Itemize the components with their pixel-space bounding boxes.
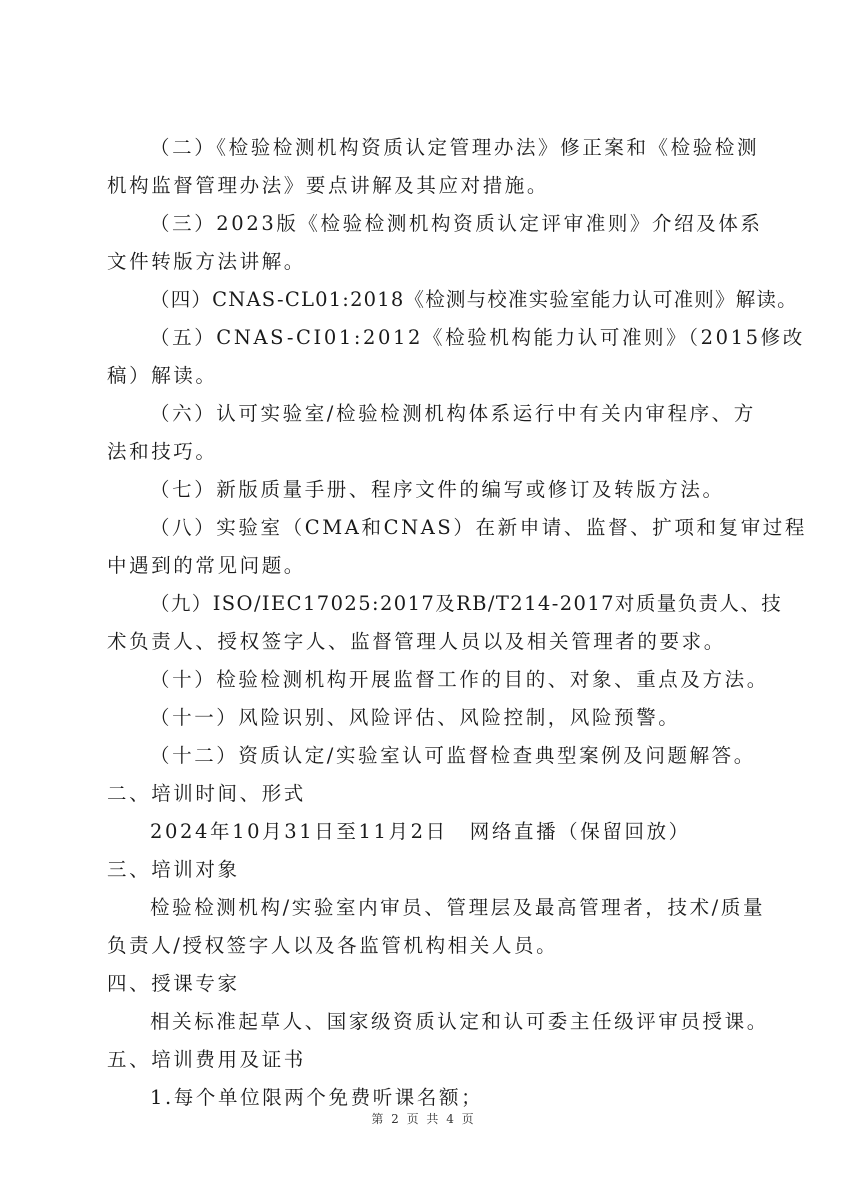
list-item-10: （十）检验检测机构开展监督工作的目的、对象、重点及方法。 xyxy=(150,667,769,693)
list-item-8-line-1: （八）实验室（CMA和CNAS）在新申请、监督、扩项和复审过程 xyxy=(150,515,807,541)
list-item-3-line-1: （三）2023版《检验检测机构资质认定评审准则》介绍及体系 xyxy=(150,211,763,237)
list-item-6-line-1: （六）认可实验室/检验检测机构体系运行中有关内审程序、方 xyxy=(150,401,756,427)
list-item-3-line-2: 文件转版方法讲解。 xyxy=(107,249,306,275)
lecturers-description: 相关标准起草人、国家级资质认定和认可委主任级评审员授课。 xyxy=(150,1009,769,1035)
list-item-2-line-1: （二）《检验检测机构资质认定管理办法》修正案和《检验检测 xyxy=(150,135,759,161)
list-item-5-line-2: 稿）解读。 xyxy=(107,363,218,389)
section-heading-5: 五、培训费用及证书 xyxy=(107,1047,306,1073)
training-audience-line-2: 负责人/授权签字人以及各监管机构相关人员。 xyxy=(107,933,558,959)
section-heading-4: 四、授课专家 xyxy=(107,971,240,997)
list-item-9-line-1: （九）ISO/IEC17025:2017及RB/T214-2017对质量负责人、… xyxy=(150,591,782,617)
section-heading-3: 三、培训对象 xyxy=(107,857,240,883)
list-item-8-line-2: 中遇到的常见问题。 xyxy=(107,553,306,579)
list-item-5-line-1: （五）CNAS-CI01:2012《检验机构能力认可准则》（2015修改 xyxy=(150,325,805,351)
list-item-2-line-2: 机构监督管理办法》要点讲解及其应对措施。 xyxy=(107,173,549,199)
section-heading-2: 二、培训时间、形式 xyxy=(107,781,306,807)
list-item-7: （七）新版质量手册、程序文件的编写或修订及转版方法。 xyxy=(150,477,725,503)
training-audience-line-1: 检验检测机构/实验室内审员、管理层及最高管理者，技术/质量 xyxy=(150,895,765,921)
list-item-9-line-2: 术负责人、授权签字人、监督管理人员以及相关管理者的要求。 xyxy=(107,629,726,655)
list-item-12: （十二）资质认定/实验室认可监督检查典型案例及问题解答。 xyxy=(150,743,756,769)
training-time-format: 2024年10月31日至11月2日 网络直播（保留回放） xyxy=(150,819,691,845)
list-item-4: （四）CNAS-CL01:2018《检测与校准实验室能力认可准则》解读。 xyxy=(150,287,798,313)
page-number-footer: 第 2 页 共 4 页 xyxy=(0,1110,847,1127)
list-item-6-line-2: 法和技巧。 xyxy=(107,439,218,465)
list-item-11: （十一）风险识别、风险评估、风险控制，风险预警。 xyxy=(150,705,680,731)
fee-item-1: 1.每个单位限两个免费听课名额； xyxy=(150,1085,483,1111)
